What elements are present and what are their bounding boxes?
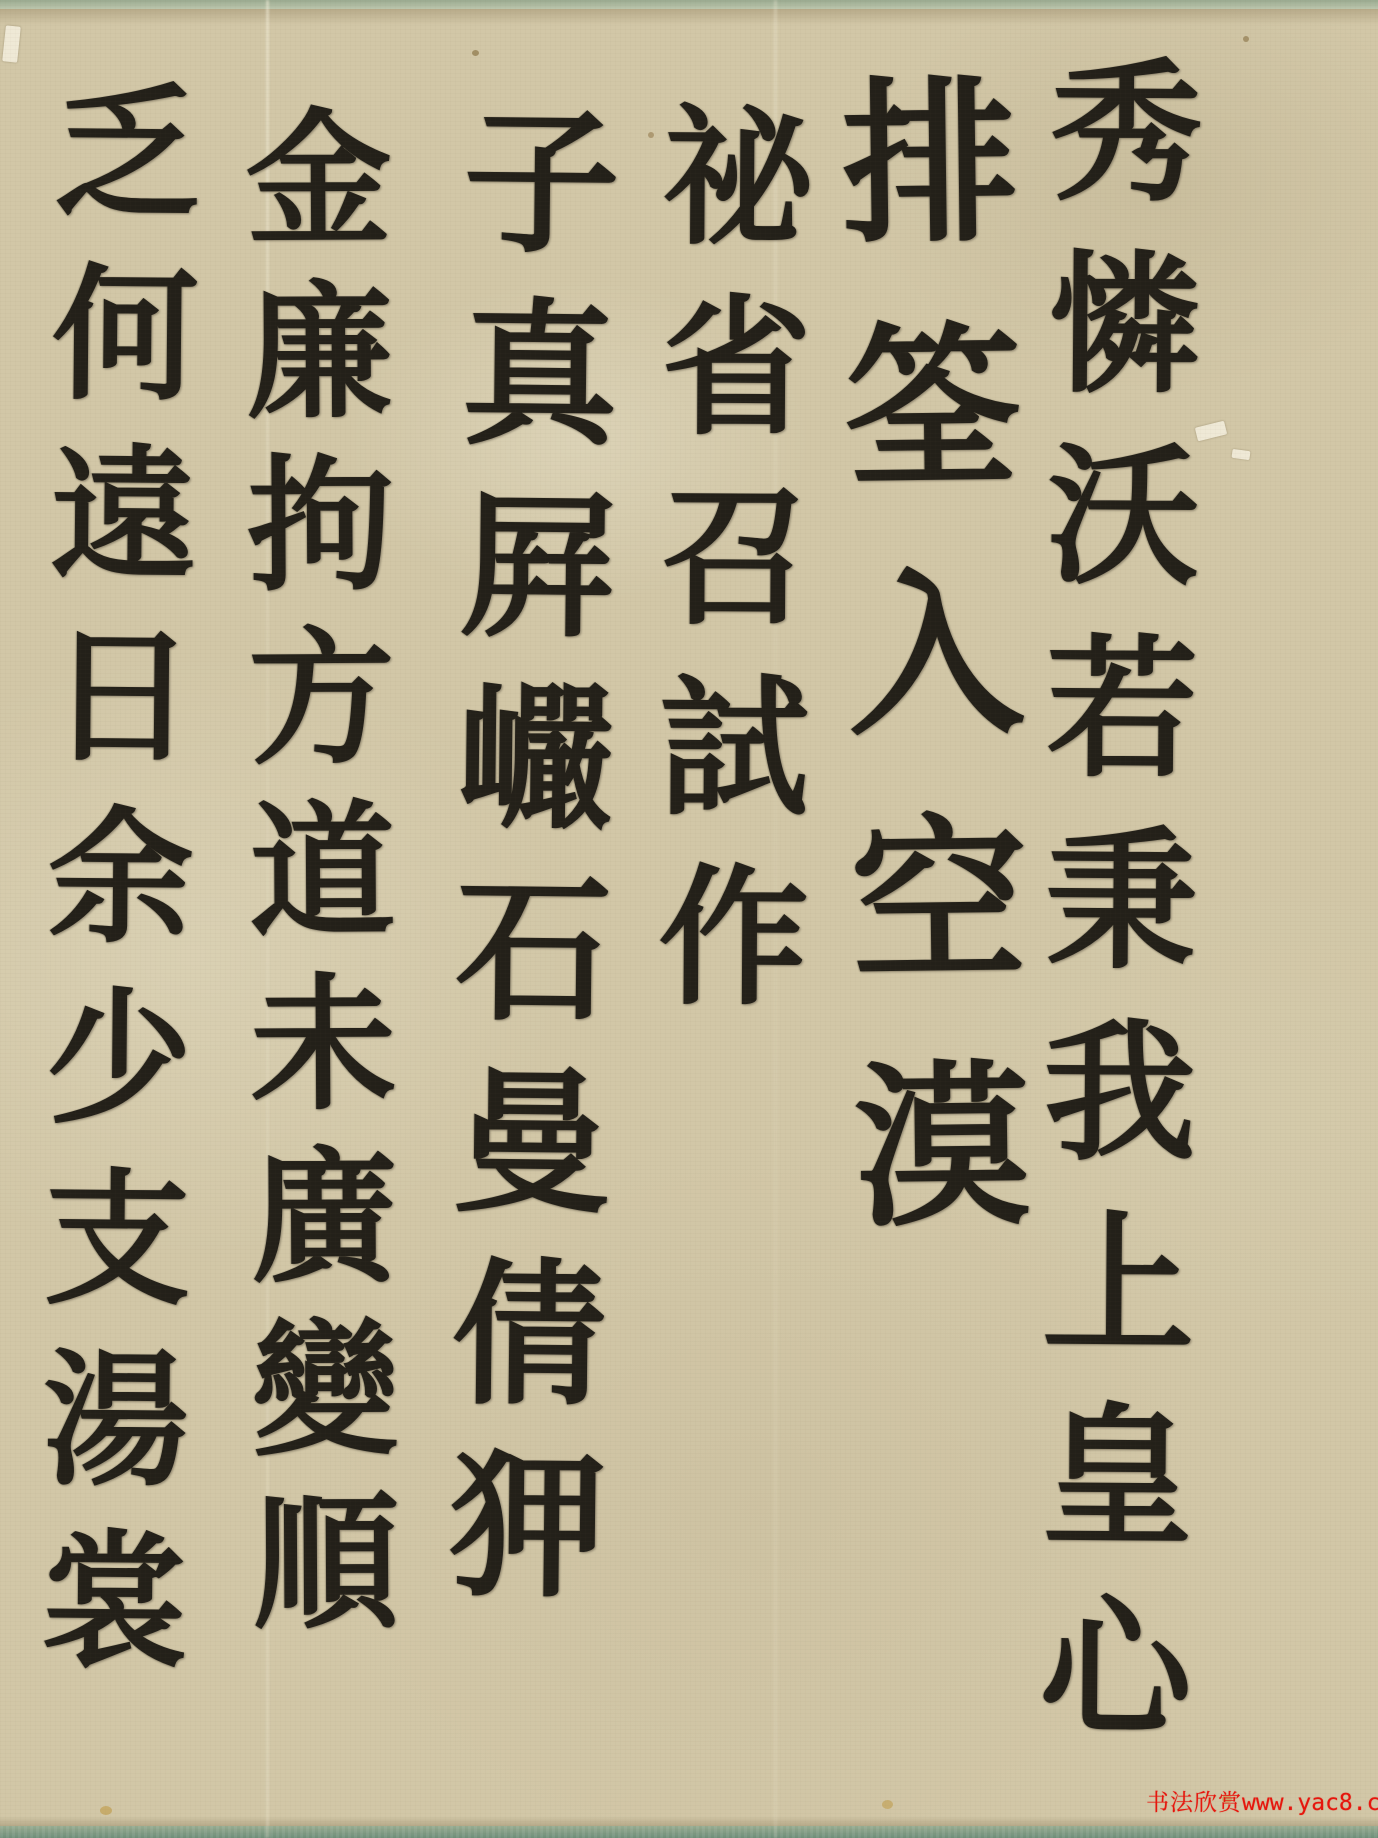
- calligraphy-column-2: 排筌入空漠: [804, 69, 1039, 1302]
- calligraphy-column-5: 金廉拘方道未廣變順: [214, 102, 405, 1660]
- paper-stain: [1243, 36, 1249, 42]
- site-watermark-url: www.yac8.com: [1242, 1790, 1378, 1816]
- calligraphy-column-3: 祕省召試作: [626, 98, 818, 1049]
- site-watermark-cjk: 书法欣赏: [1146, 1790, 1242, 1816]
- mounting-edge-bottom: [0, 1826, 1378, 1838]
- mounting-edge-top-shadow: [0, 9, 1378, 25]
- mounting-edge-top: [0, 0, 1378, 9]
- paper-stain: [100, 1806, 112, 1815]
- calligraphy-column-6: 乏何遠日余少支湯裳: [9, 75, 206, 1706]
- paper-damage-flake: [1231, 449, 1250, 460]
- site-watermark: 书法欣赏www.yac8.com: [1146, 1784, 1378, 1817]
- mounting-edge-bottom-shadow: [0, 1816, 1378, 1826]
- paper-stain: [882, 1800, 893, 1809]
- paper-damage-flake: [2, 25, 21, 62]
- calligraphy-sheet: 秀憐沃若秉我上皇心 排筌入空漠 祕省召試作 子真屛巗石曼倩狎 金廉拘方道未廣變順…: [0, 0, 1378, 1838]
- calligraphy-column-1: 秀憐沃若秉我上皇心: [1008, 51, 1210, 1780]
- calligraphy-column-4: 子真屛巗石曼倩狎: [416, 99, 627, 1637]
- paper-stain: [472, 50, 479, 56]
